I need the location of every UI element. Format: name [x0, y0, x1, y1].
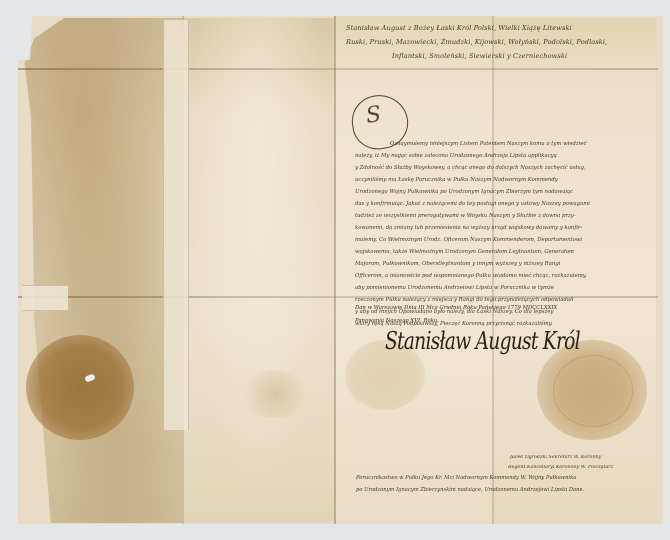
body-line: uczyniliśmy mu Łaskę Porucznika w Pułku …	[355, 175, 655, 187]
horizontal-fold-top	[18, 68, 658, 70]
vertical-fold-center	[334, 16, 336, 524]
countersign-line-1: Jacek Ogrodzki Sekretarz W. Koronny	[510, 455, 650, 460]
body-line: Urodzonego Wojny Pułkownika po Urodzonym…	[355, 187, 655, 199]
countersign-line-2: Regent Kancellaryi Koronney W. Pieczętar…	[508, 465, 653, 470]
body-line: należy, iż My mając sobie zalecona Urodz…	[355, 151, 655, 163]
dateline-1: Dan w Warszawie Dnia III Mca Grudnia Rok…	[355, 303, 655, 315]
monogram-letter: S	[364, 102, 382, 129]
body-line: Oznaymuiemy niniejszym Listem Patentem N…	[390, 139, 655, 151]
body-line: muiemy. Co Wielmożnym Urodz. Oficerom Na…	[355, 235, 655, 247]
body-line: tudzież ze wszystkiemi prerogatywami w W…	[355, 211, 655, 223]
faint-stain-middle	[240, 370, 310, 418]
body-line: wojskowemu, także Wielmożnym Urodzonym G…	[355, 247, 655, 259]
body-line: kowanemi, do zmiany lub przeniesienia na…	[355, 223, 655, 235]
header-line-2: Ruski, Pruski, Mazowiecki, Żmudzki, Kijo…	[346, 38, 656, 46]
footer-line-2: po Urodzonym Ignacym Zbierzynskim nadaią…	[356, 487, 656, 493]
header-line-3: Inflantski, Smoleński, Siewierski y Czer…	[392, 52, 652, 60]
royal-signature: Stanisław August Król	[385, 327, 580, 355]
body-line: Majorom, Pułkownikom, Oberstleytnantom y…	[355, 259, 655, 271]
header-line-1: Stanisław August z Bożey Łaski Król Pols…	[346, 24, 656, 32]
footer-line-1: Porucznikostwo w Pułku Jego Kr. Mci Nadw…	[356, 475, 656, 481]
seal-ring-right	[553, 355, 633, 427]
body-line: Officerom, a mianowicie pod wspomnianego…	[355, 271, 655, 283]
wax-seal-stain-left	[26, 335, 134, 440]
mid-left-panel-blank	[182, 18, 334, 523]
repair-tape-horizontal	[22, 285, 68, 311]
body-line: y Zdolność do Służby Woyskowey, a chcąc …	[355, 163, 655, 175]
body-line: aby pomienionemu Urodzonemu Andrzeiowi L…	[355, 283, 655, 295]
dateline-2: Panowania Naszego XVI. Roku.	[355, 316, 555, 328]
body-line: das y konfirmuiąc. Jakoż z należącemi do…	[355, 199, 655, 211]
repair-tape-vertical	[163, 20, 189, 430]
